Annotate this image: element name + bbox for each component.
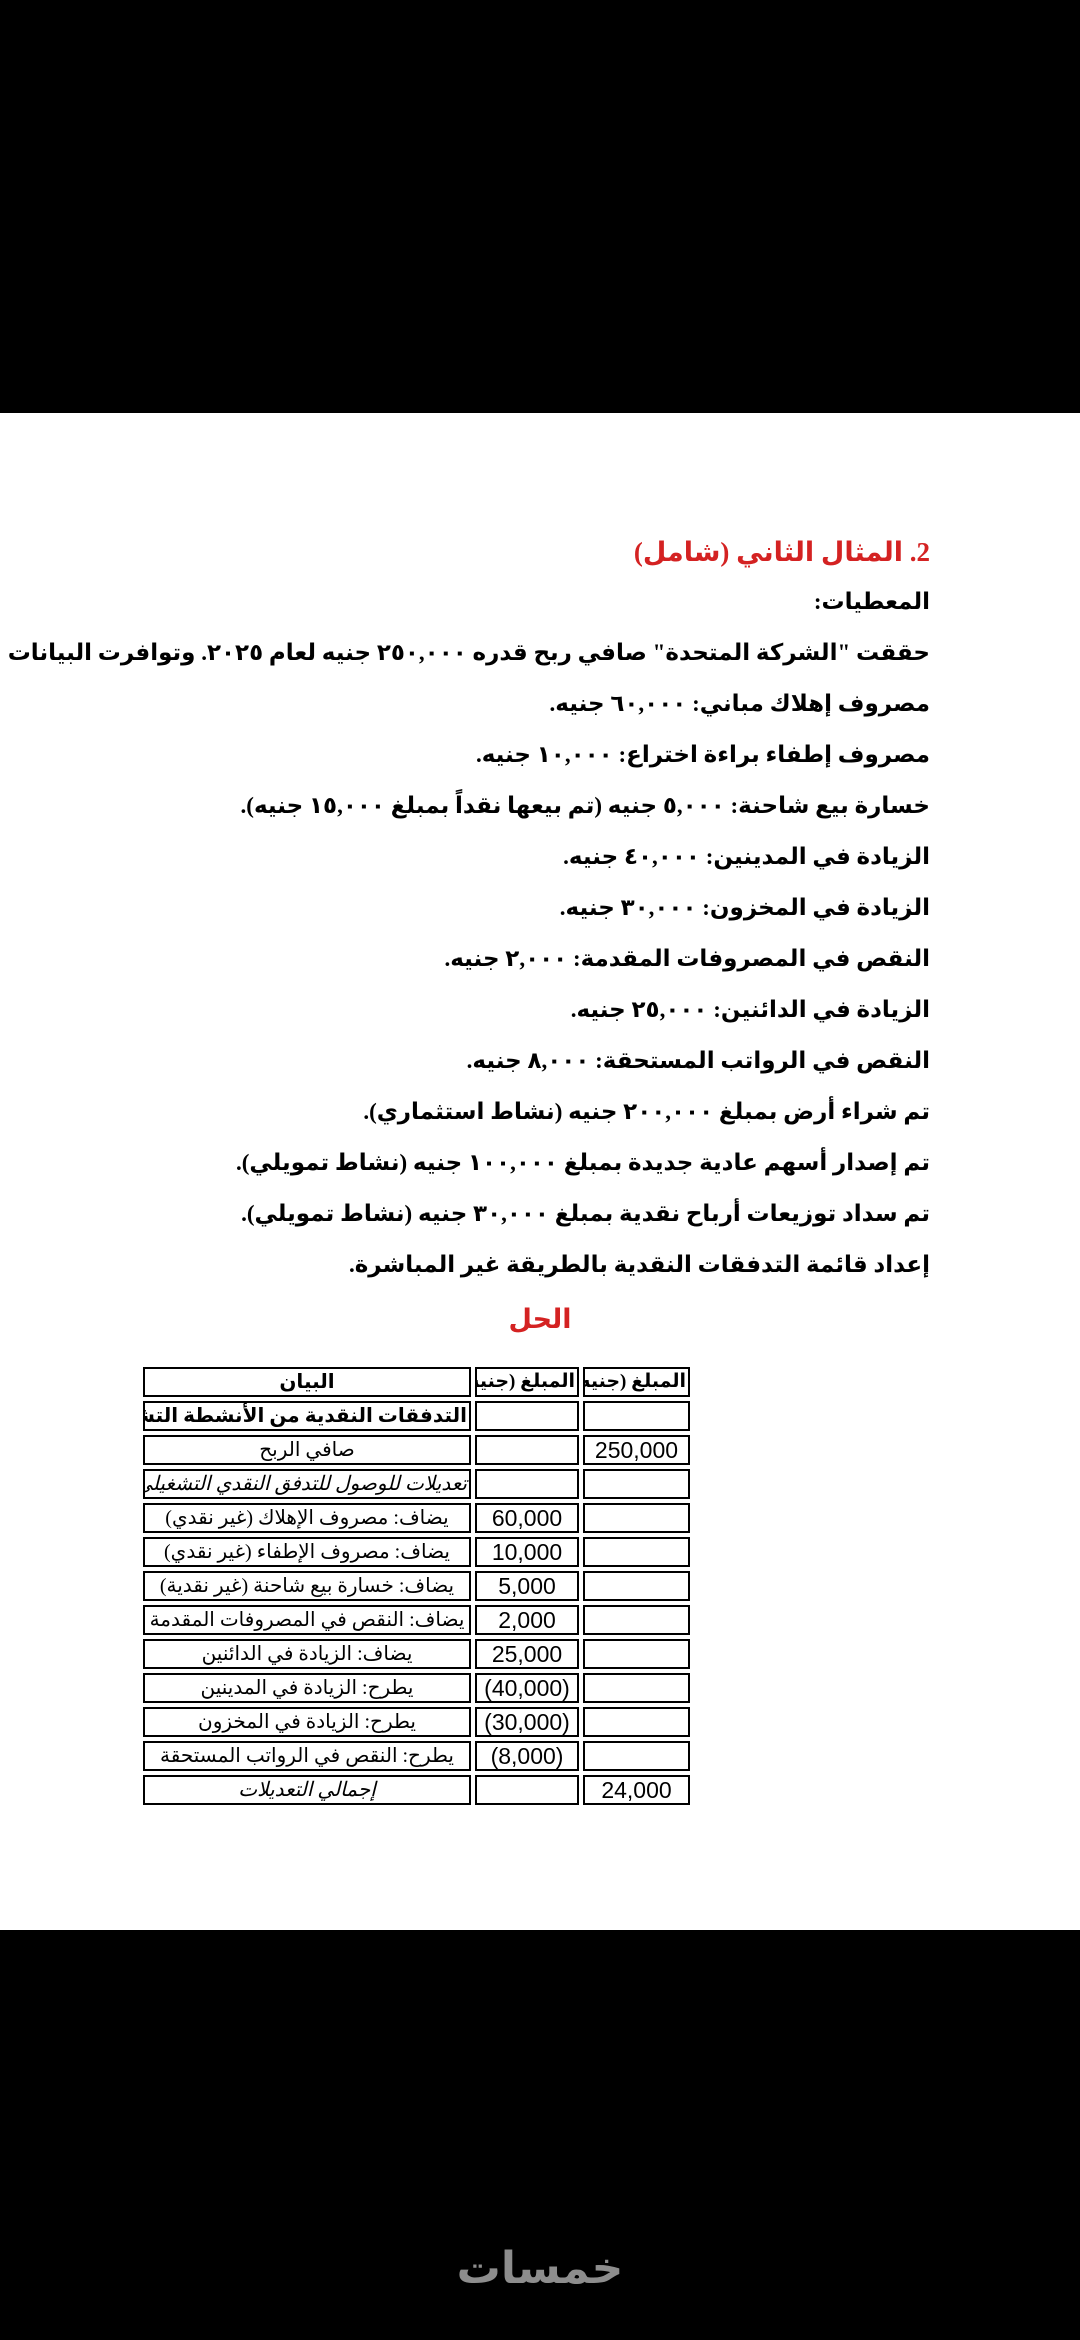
row-total: [583, 1639, 690, 1669]
table-row: صافي الربح 250,000: [143, 1435, 690, 1465]
khamsat-watermark: خمسات: [0, 2243, 1080, 2294]
row-description: يضاف: مصروف الإهلاك (غير نقدي): [143, 1503, 471, 1533]
header-row: البيان المبلغ (جنيه) المبلغ (جنيه): [143, 1367, 690, 1397]
table-row: يضاف: مصروف الإطفاء (غير نقدي) 10,000: [143, 1537, 690, 1567]
body-line: النقص في الرواتب المستحقة: ٨,٠٠٠ جنيه.: [60, 1049, 930, 1073]
top-letterbox-bar: [0, 0, 1080, 413]
row-amount: 2,000: [475, 1605, 579, 1635]
row-amount: [475, 1775, 579, 1805]
row-total: [583, 1571, 690, 1601]
row-total: [583, 1401, 690, 1431]
row-total: 24,000: [583, 1775, 690, 1805]
header-amount: المبلغ (جنيه): [475, 1367, 579, 1397]
table-row: تعديلات للوصول للتدفق النقدي التشغيلي: [143, 1469, 690, 1499]
row-total: 250,000: [583, 1435, 690, 1465]
row-amount: (8,000): [475, 1741, 579, 1771]
table-row: يضاف: الزيادة في الدائنين 25,000: [143, 1639, 690, 1669]
paragraphs: حققت "الشركة المتحدة" صافي ربح قدره ٢٥٠,…: [60, 641, 930, 1277]
body-line: مصروف إهلاك مباني: ٦٠,٠٠٠ جنيه.: [60, 692, 930, 716]
table-row: يطرح: الزيادة في المخزون (30,000): [143, 1707, 690, 1737]
row-total: [583, 1673, 690, 1703]
screenshot-root: { "document": { "title": "2. المثال الثا…: [0, 0, 1080, 2340]
table-row: يضاف: خسارة بيع شاحنة (غير نقدية) 5,000: [143, 1571, 690, 1601]
body-line: النقص في المصروفات المقدمة: ٢,٠٠٠ جنيه.: [60, 947, 930, 971]
document-page: 2. المثال الثاني (شامل) المعطيات: حققت "…: [0, 413, 1080, 1930]
body-line: خسارة بيع شاحنة: ٥,٠٠٠ جنيه (تم بيعها نق…: [60, 794, 930, 818]
row-description: يطرح: النقص في الرواتب المستحقة: [143, 1741, 471, 1771]
row-description: التدفقات النقدية من الأنشطة التشغيلية:: [143, 1401, 471, 1431]
table-row: يضاف: النقص في المصروفات المقدمة 2,000: [143, 1605, 690, 1635]
row-amount: 60,000: [475, 1503, 579, 1533]
row-amount: [475, 1469, 579, 1499]
body-line: الزيادة في المدينين: ٤٠,٠٠٠ جنيه.: [60, 845, 930, 869]
row-amount: [475, 1435, 579, 1465]
body-line: تم إصدار أسهم عادية جديدة بمبلغ ١٠٠,٠٠٠ …: [60, 1151, 930, 1175]
body-line: تم سداد توزيعات أرباح نقدية بمبلغ ٣٠,٠٠٠…: [60, 1202, 930, 1226]
row-description: يضاف: النقص في المصروفات المقدمة: [143, 1605, 471, 1635]
row-description: يطرح: الزيادة في المخزون: [143, 1707, 471, 1737]
body-line: حققت "الشركة المتحدة" صافي ربح قدره ٢٥٠,…: [60, 641, 930, 665]
body-line: تم شراء أرض بمبلغ ٢٠٠,٠٠٠ جنيه (نشاط است…: [60, 1100, 930, 1124]
row-total: [583, 1707, 690, 1737]
row-description: يضاف: مصروف الإطفاء (غير نقدي): [143, 1537, 471, 1567]
body-line: مصروف إطفاء براءة اختراع: ١٠,٠٠٠ جنيه.: [60, 743, 930, 767]
table-row: إجمالي التعديلات 24,000: [143, 1775, 690, 1805]
row-total: [583, 1469, 690, 1499]
solution-heading: الحل: [0, 1304, 1080, 1334]
header-description: البيان: [143, 1367, 471, 1397]
table-row: يطرح: الزيادة في المدينين (40,000): [143, 1673, 690, 1703]
row-description: إجمالي التعديلات: [143, 1775, 471, 1805]
cash-flow-table: البيان المبلغ (جنيه) المبلغ (جنيه) التدف…: [139, 1363, 694, 1809]
row-description: صافي الربح: [143, 1435, 471, 1465]
row-amount: (30,000): [475, 1707, 579, 1737]
row-description: يضاف: خسارة بيع شاحنة (غير نقدية): [143, 1571, 471, 1601]
row-amount: 25,000: [475, 1639, 579, 1669]
body-line: الزيادة في المخزون: ٣٠,٠٠٠ جنيه.: [60, 896, 930, 920]
row-description: تعديلات للوصول للتدفق النقدي التشغيلي: [143, 1469, 471, 1499]
body-line: الزيادة في الدائنين: ٢٥,٠٠٠ جنيه.: [60, 998, 930, 1022]
row-total: [583, 1503, 690, 1533]
statement-table-body: التدفقات النقدية من الأنشطة التشغيلية: ص…: [143, 1401, 690, 1805]
table-row: يضاف: مصروف الإهلاك (غير نقدي) 60,000: [143, 1503, 690, 1533]
row-amount: 10,000: [475, 1537, 579, 1567]
row-description: يضاف: الزيادة في الدائنين: [143, 1639, 471, 1669]
row-amount: [475, 1401, 579, 1431]
row-total: [583, 1537, 690, 1567]
header-total: المبلغ (جنيه): [583, 1367, 690, 1397]
table-row: يطرح: النقص في الرواتب المستحقة (8,000): [143, 1741, 690, 1771]
row-amount: 5,000: [475, 1571, 579, 1601]
document-title: 2. المثال الثاني (شامل): [60, 537, 930, 567]
row-amount: (40,000): [475, 1673, 579, 1703]
body-line: إعداد قائمة التدفقات النقدية بالطريقة غي…: [60, 1253, 930, 1277]
cash-flow-table-header: البيان المبلغ (جنيه) المبلغ (جنيه): [143, 1367, 690, 1397]
row-total: [583, 1741, 690, 1771]
row-description: يطرح: الزيادة في المدينين: [143, 1673, 471, 1703]
table-row: التدفقات النقدية من الأنشطة التشغيلية:: [143, 1401, 690, 1431]
givens-label: المعطيات:: [60, 590, 930, 614]
row-total: [583, 1605, 690, 1635]
